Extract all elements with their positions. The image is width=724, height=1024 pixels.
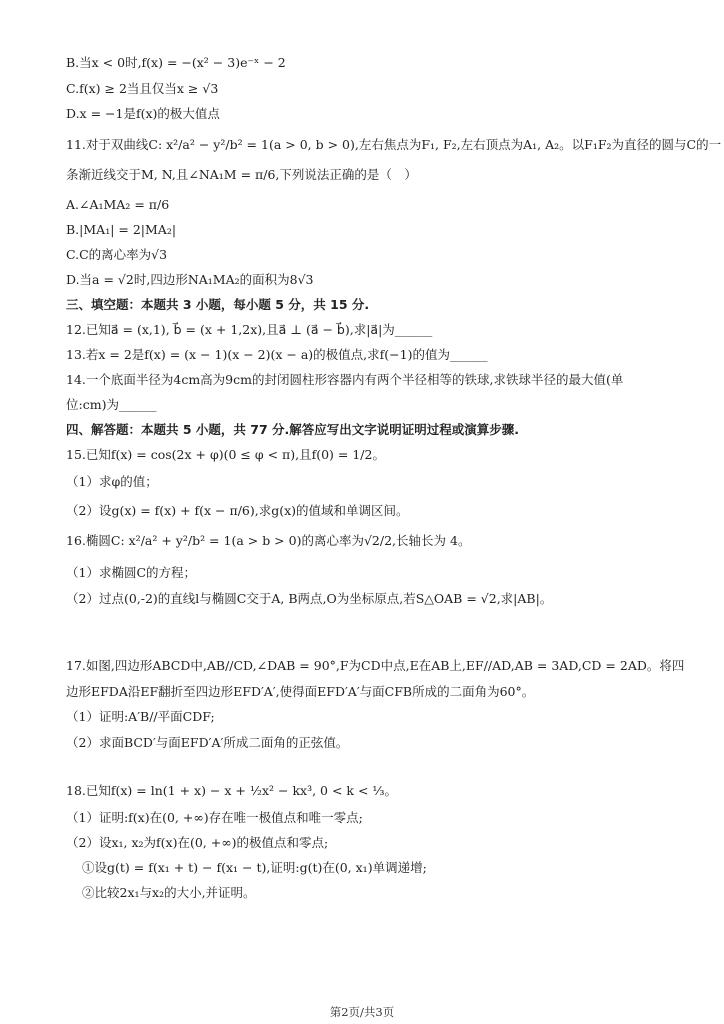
- q10-option-d: D.x = −1是f(x)的极大值点: [66, 106, 220, 122]
- q16-part1: （1）求椭圆C的方程；: [66, 565, 196, 581]
- section4-heading: 四、解答题：本题共 5 小题，共 77 分.解答应写出文字说明证明过程或演算步骤…: [66, 422, 519, 438]
- q18-subpart2: ②比较2x₁与x₂的大小,并证明。: [82, 885, 256, 901]
- section3-heading: 三、填空题：本题共 3 小题，每小题 5 分，共 15 分.: [66, 297, 369, 313]
- q14-line1: 14.一个底面半径为4cm高为9cm的封闭圆柱形容器内有两个半径相等的铁球,求铁…: [66, 372, 623, 388]
- q16-stem: 16.椭圆C: x²/a² + y²/b² = 1(a > b > 0)的离心率…: [66, 533, 470, 549]
- q17-stem-line1: 17.如图,四边形ABCD中,AB//CD,∠DAB = 90°,F为CD中点,…: [66, 658, 684, 674]
- q15-part1: （1）求φ的值；: [66, 474, 158, 490]
- q18-part1: （1）证明:f(x)在(0, +∞)存在唯一极值点和唯一零点;: [66, 810, 363, 826]
- q14-line2: 位:cm)为______: [66, 397, 156, 413]
- q11-option-a: A.∠A₁MA₂ = π/6: [66, 197, 169, 213]
- q15-part2: （2）设g(x) = f(x) + f(x − π/6),求g(x)的值域和单调…: [66, 503, 409, 519]
- q18-part2: （2）设x₁, x₂为f(x)在(0, +∞)的极值点和零点;: [66, 835, 328, 851]
- q15-stem: 15.已知f(x) = cos(2x + φ)(0 ≤ φ < π),且f(0)…: [66, 447, 385, 463]
- q10-option-b: B.当x < 0时,f(x) = −(x² − 3)e⁻ˣ − 2: [66, 55, 286, 71]
- q12: 12.已知a⃗ = (x,1), b⃗ = (x + 1,2x),且a⃗ ⊥ (…: [66, 322, 432, 338]
- q11-option-d: D.当a = √2时,四边形NA₁MA₂的面积为8√3: [66, 272, 314, 288]
- q11-stem-line2: 条渐近线交于M, N,且∠NA₁M = π/6,下列说法正确的是（ ）: [66, 167, 417, 183]
- q18-subpart1: ①设g(t) = f(x₁ + t) − f(x₁ − t),证明:g(t)在(…: [82, 860, 427, 876]
- q11-stem-line1: 11.对于双曲线C: x²/a² − y²/b² = 1(a > 0, b > …: [66, 137, 721, 153]
- q10-option-c: C.f(x) ≥ 2当且仅当x ≥ √3: [66, 81, 218, 97]
- q16-part2: （2）过点(0,-2)的直线l与椭圆C交于A, B两点,O为坐标原点,若S△OA…: [66, 591, 552, 607]
- q17-stem-line2: 边形EFDA沿EF翻折至四边形EFD′A′,使得面EFD′A′与面CFB所成的二…: [66, 684, 534, 700]
- q11-option-c: C.C的离心率为√3: [66, 247, 167, 263]
- q13: 13.若x = 2是f(x) = (x − 1)(x − 2)(x − a)的极…: [66, 347, 487, 363]
- page-footer: 第2页/共3页: [0, 1004, 724, 1020]
- q17-part2: （2）求面BCD′与面EFD′A′所成二面角的正弦值。: [66, 735, 348, 751]
- q11-option-b: B.|MA₁| = 2|MA₂|: [66, 222, 176, 238]
- q17-part1: （1）证明:A′B//平面CDF;: [66, 709, 215, 725]
- q18-stem: 18.已知f(x) = ln(1 + x) − x + ½x² − kx³, 0…: [66, 783, 397, 799]
